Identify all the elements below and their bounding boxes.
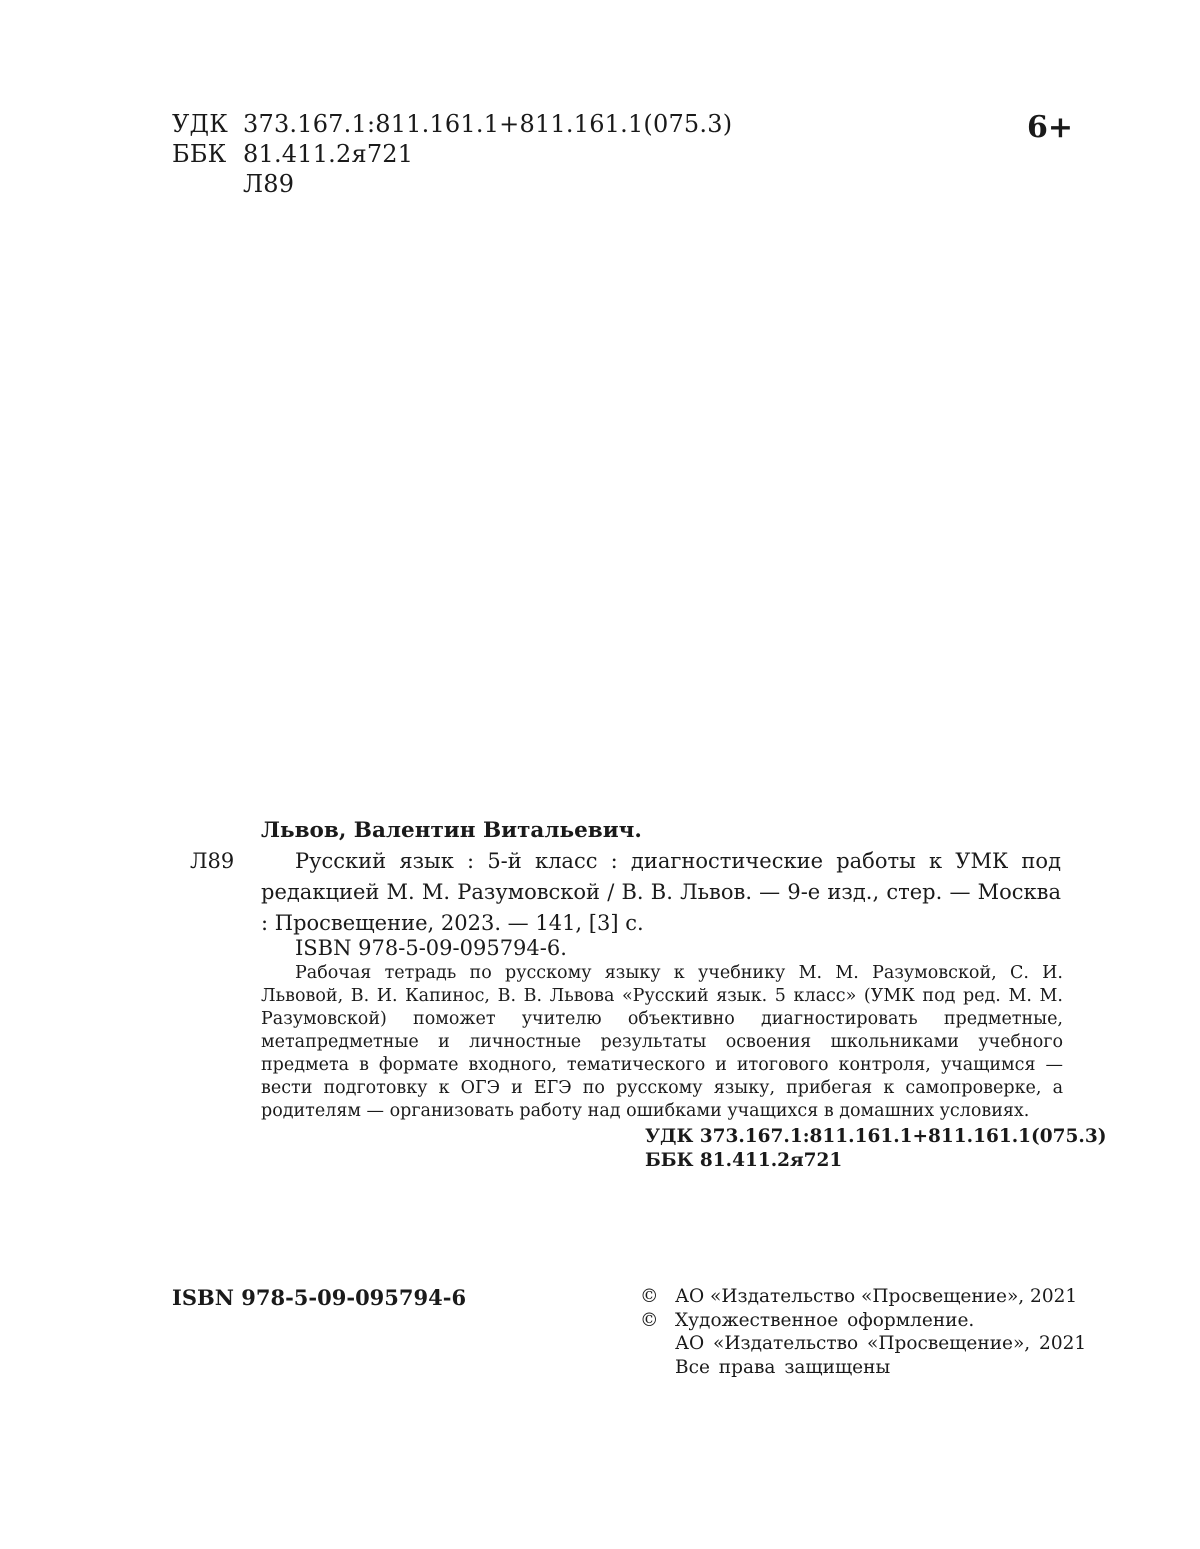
copyright-design: Художественное оформление. xyxy=(675,1310,974,1331)
age-rating-badge: 6+ xyxy=(1027,110,1073,145)
annotation-text: Рабочая тетрадь по русскому языку к учеб… xyxy=(261,962,1063,1123)
copyright-icon: © xyxy=(640,1309,659,1333)
card-description: Русский язык : 5-й класс : диагностическ… xyxy=(261,846,1061,939)
classification-codes: УДК 373.167.1:811.161.1+811.161.1(075.3)… xyxy=(645,1125,1106,1173)
copyright-block: © АО «Издательство «Просвещение», 2021 ©… xyxy=(640,1285,1086,1379)
bbk-value: 81.411.2я721 xyxy=(243,140,413,168)
card-author: Львов, Валентин Витальевич. xyxy=(261,815,642,846)
card-author-sign: Л89 xyxy=(190,846,234,877)
rights-reserved: Все права защищены xyxy=(675,1357,890,1378)
copyright-publisher: АО «Издательство «Просвещение», 2021 xyxy=(675,1286,1077,1307)
footer-isbn: ISBN 978-5-09-095794-6 xyxy=(172,1285,466,1310)
udk-label: УДК xyxy=(172,110,228,138)
copyright-design-publisher: АО «Издательство «Просвещение», 2021 xyxy=(675,1333,1086,1354)
udk-value: 373.167.1:811.161.1+811.161.1(075.3) xyxy=(243,110,732,138)
card-isbn: ISBN 978-5-09-095794-6. xyxy=(295,933,567,964)
udk-code: УДК 373.167.1:811.161.1+811.161.1(075.3) xyxy=(645,1125,1106,1149)
card-description-text: Русский язык : 5-й класс : диагностическ… xyxy=(261,846,1061,939)
copyright-icon: © xyxy=(640,1285,659,1309)
classification-header: УДК 373.167.1:811.161.1+811.161.1(075.3)… xyxy=(172,110,872,200)
annotation: Рабочая тетрадь по русскому языку к учеб… xyxy=(261,962,1063,1123)
author-sign: Л89 xyxy=(243,170,294,198)
bbk-code: ББК 81.411.2я721 xyxy=(645,1149,1106,1173)
bbk-label: ББК xyxy=(172,140,226,168)
